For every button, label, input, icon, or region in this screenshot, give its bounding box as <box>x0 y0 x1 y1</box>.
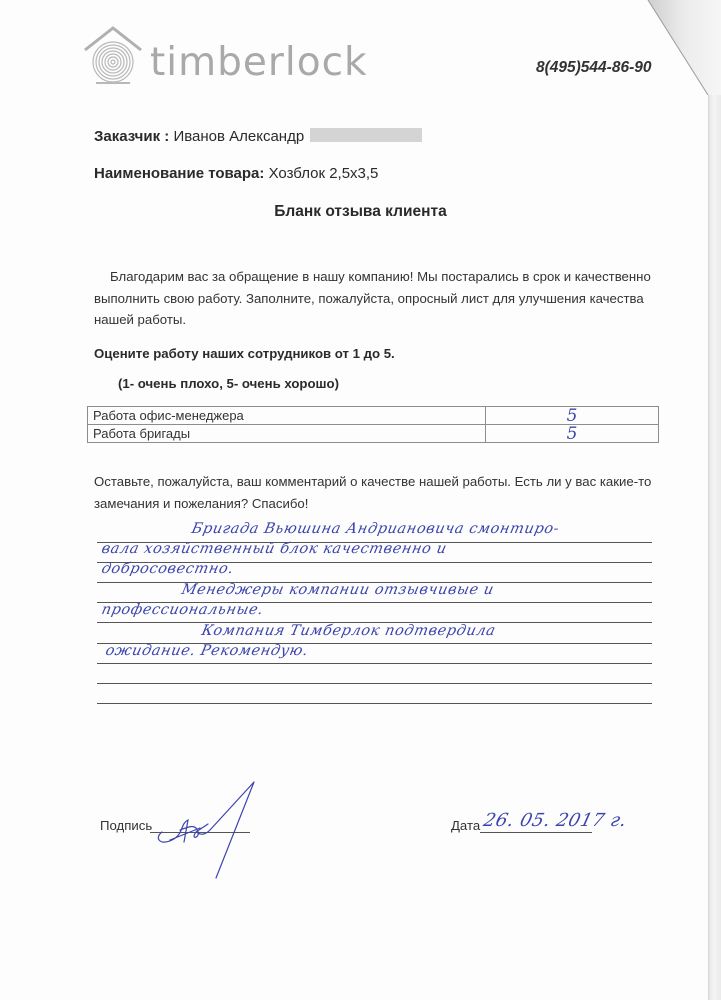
handwritten-signature[interactable] <box>150 780 260 880</box>
handwritten-line: Бригада Вьюшина Андриановича смонтиро- <box>190 521 561 537</box>
ruled-line <box>97 683 652 684</box>
handwritten-line: профессиональные. <box>100 602 265 618</box>
feedback-form-page: timberlock 8(495)544-86-90 Заказчик : Ив… <box>0 0 721 1000</box>
date-value[interactable]: 26. 05. 2017 г. <box>481 810 629 831</box>
signature-label: Подпись <box>100 818 152 833</box>
handwritten-line: Менеджеры компании отзывчивые и <box>180 582 496 598</box>
handwritten-line: Компания Тимберлок подтвердила <box>200 623 497 639</box>
page-edge-right <box>708 95 721 1000</box>
page-edge-top <box>650 0 721 2</box>
handwritten-line: вала хозяйственный блок качественно и <box>100 541 448 557</box>
ruled-line <box>97 663 652 664</box>
handwritten-line: добросовестно. <box>100 561 235 577</box>
date-label: Дата <box>451 818 480 833</box>
ruled-line <box>97 703 652 704</box>
date-line <box>480 832 592 833</box>
handwritten-line: ожидание. Рекомендую. <box>104 643 310 659</box>
